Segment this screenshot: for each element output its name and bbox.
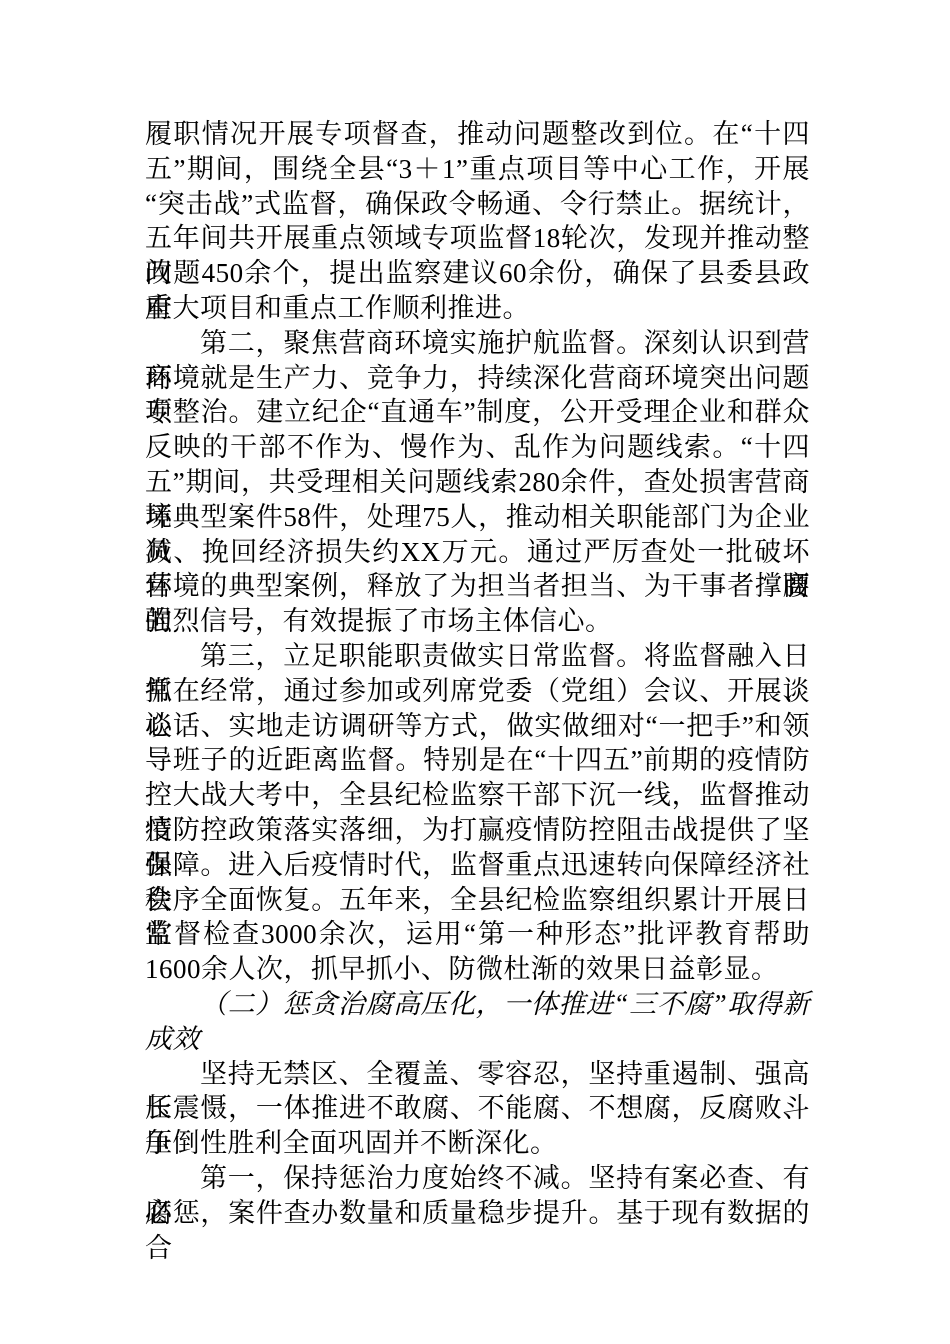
paragraph-point-two-line-4: 反映的干部不作为、慢作为、乱作为问题线索。“十四: [145, 430, 810, 465]
paragraph-point-two: 第二，聚焦营商环境实施护航监督。深刻认识到营商环境就是生产力、竞争力，持续深化营…: [145, 326, 810, 639]
paragraph-point-three-line-3: 谈话、实地走访调研等方式，做实做细对“一把手”和领: [145, 709, 810, 744]
paragraph-point-two-line-5: 五”期间，共受理相关问题线索280余件，查处损害营商环: [145, 465, 810, 500]
paragraph-point-one-line-2: 必惩，案件查办数量和质量稳步提升。基于现有数据的合: [145, 1196, 810, 1231]
paragraph-section-intro-line-3: 压倒性胜利全面巩固并不断深化。: [145, 1126, 810, 1161]
paragraph-point-two-line-7: 负、挽回经济损失约XX万元。通过严厉查处一批破坏营商: [145, 535, 810, 570]
paragraph-continuation-line-5: 问题450余个，提出监察建议60余份，确保了县委县政府: [145, 256, 810, 291]
section-heading-two-line-1: （二）惩贪治腐高压化，一体推进“三不腐”取得新: [145, 987, 810, 1022]
document-page: 履职情况开展专项督查，推动问题整改到位。在“十四五”期间，围绕全县“3＋1”重点…: [0, 0, 950, 1344]
paragraph-point-two-line-1: 第二，聚焦营商环境实施护航监督。深刻认识到营商: [145, 326, 810, 361]
paragraph-section-intro-line-2: 长震慑，一体推进不敢腐、不能腐、不想腐，反腐败斗争: [145, 1091, 810, 1126]
section-heading-two: （二）惩贪治腐高压化，一体推进“三不腐”取得新成效: [145, 987, 810, 1057]
paragraph-point-three-line-9: 监督检查3000余次，运用“第一种形态”批评教育帮助: [145, 917, 810, 952]
paragraph-point-one: 第一，保持惩治力度始终不减。坚持有案必查、有腐必惩，案件查办数量和质量稳步提升。…: [145, 1161, 810, 1231]
section-heading-two-line-2: 成效: [145, 1022, 810, 1057]
paragraph-point-three-line-6: 情防控政策落实落细，为打赢疫情防控阻击战提供了坚强: [145, 813, 810, 848]
paragraph-continuation-line-6: 重大项目和重点工作顺利推进。: [145, 291, 810, 326]
paragraph-point-three-line-5: 控大战大考中，全县纪检监察干部下沉一线，监督推动疫: [145, 778, 810, 813]
paragraph-point-two-line-3: 项整治。建立纪企“直通车”制度，公开受理企业和群众: [145, 395, 810, 430]
paragraph-continuation-line-3: “突击战”式监督，确保政令畅通、令行禁止。据统计，: [145, 187, 810, 222]
paragraph-point-three-line-10: 1600余人次，抓早抓小、防微杜渐的效果日益彰显。: [145, 952, 810, 987]
paragraph-continuation-line-2: 五”期间，围绕全县“3＋1”重点项目等中心工作，开展: [145, 152, 810, 187]
document-body: 履职情况开展专项督查，推动问题整改到位。在“十四五”期间，围绕全县“3＋1”重点…: [145, 117, 810, 1231]
paragraph-point-three: 第三，立足职能职责做实日常监督。将监督融入日常、抓在经常，通过参加或列席党委（党…: [145, 639, 810, 987]
paragraph-point-three-line-2: 抓在经常，通过参加或列席党委（党组）会议、开展谈心: [145, 674, 810, 709]
paragraph-continuation: 履职情况开展专项督查，推动问题整改到位。在“十四五”期间，围绕全县“3＋1”重点…: [145, 117, 810, 326]
paragraph-point-two-line-6: 境典型案件58件，处理75人，推动相关职能部门为企业减: [145, 500, 810, 535]
paragraph-section-intro: 坚持无禁区、全覆盖、零容忍，坚持重遏制、强高压、长震慑，一体推进不敢腐、不能腐、…: [145, 1057, 810, 1161]
paragraph-point-one-line-1: 第一，保持惩治力度始终不减。坚持有案必查、有腐: [145, 1161, 810, 1196]
paragraph-continuation-line-4: 五年间共开展重点领域专项监督18轮次，发现并推动整改: [145, 221, 810, 256]
paragraph-point-three-line-7: 保障。进入后疫情时代，监督重点迅速转向保障经济社会: [145, 848, 810, 883]
paragraph-point-two-line-8: 环境的典型案例，释放了为担当者担当、为干事者撑腰的: [145, 569, 810, 604]
paragraph-point-two-line-2: 环境就是生产力、竞争力，持续深化营商环境突出问题专: [145, 361, 810, 396]
paragraph-point-two-line-9: 强烈信号，有效提振了市场主体信心。: [145, 604, 810, 639]
paragraph-point-three-line-4: 导班子的近距离监督。特别是在“十四五”前期的疫情防: [145, 743, 810, 778]
paragraph-point-three-line-8: 秩序全面恢复。五年来，全县纪检监察组织累计开展日常: [145, 883, 810, 918]
paragraph-point-three-line-1: 第三，立足职能职责做实日常监督。将监督融入日常、: [145, 639, 810, 674]
paragraph-section-intro-line-1: 坚持无禁区、全覆盖、零容忍，坚持重遏制、强高压、: [145, 1057, 810, 1092]
paragraph-continuation-line-1: 履职情况开展专项督查，推动问题整改到位。在“十四: [145, 117, 810, 152]
